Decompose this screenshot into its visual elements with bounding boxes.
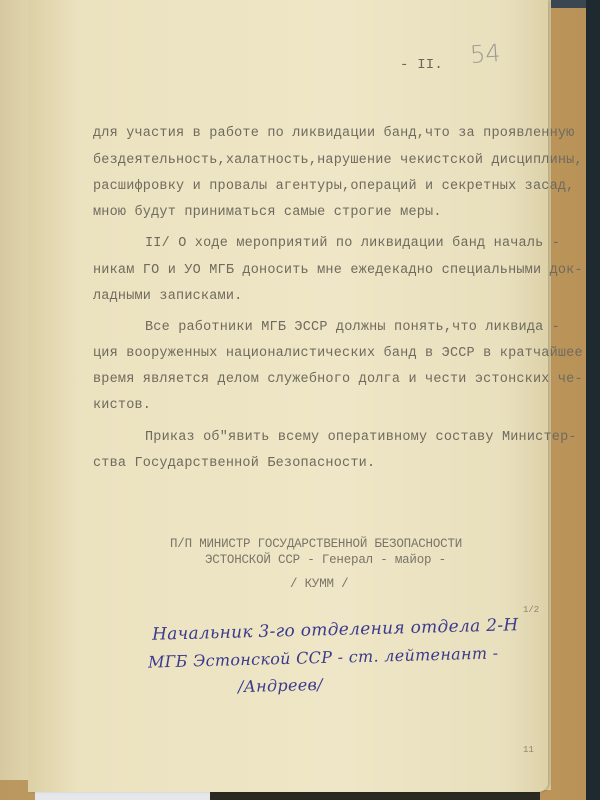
text-line: расшифровку и провалы агентуры,операций …: [93, 180, 574, 194]
text-line: мною будут приниматься самые строгие мер…: [93, 206, 442, 220]
background-edge: [586, 0, 600, 800]
handwritten-page-number: 54: [469, 39, 501, 69]
page-marker: - II.: [400, 58, 443, 72]
text-line: никам ГО и УО МГБ доносить мне ежедекадн…: [93, 264, 583, 278]
margin-mark: 11: [523, 745, 534, 755]
text-line: Все работники МГБ ЭССР должны понять,что…: [145, 321, 560, 335]
handwritten-signature: /Андреев/: [238, 675, 323, 696]
text-line: ция вооруженных националистических банд …: [93, 347, 583, 361]
text-line: бездеятельность,халатность,нарушение чек…: [93, 154, 583, 168]
previous-page-edge: [0, 0, 31, 780]
text-line: ства Государственной Безопасности.: [93, 457, 375, 471]
text-line: II/ О ходе мероприятий по ликвидации бан…: [145, 237, 560, 251]
document-page: [28, 0, 548, 792]
margin-mark: 1/2: [523, 605, 539, 615]
text-line: ладными записками.: [93, 290, 242, 304]
signature-rank: ЭСТОНСКОЙ ССР - Генерал - майор -: [205, 553, 446, 567]
text-line: кистов.: [93, 399, 151, 413]
text-line: Приказ об"явить всему оперативному соста…: [145, 431, 577, 445]
text-line: время является делом служебного долга и …: [93, 373, 583, 387]
signature-name: / КУММ /: [290, 577, 348, 591]
signature-title: П/П МИНИСТР ГОСУДАРСТВЕННОЙ БЕЗОПАСНОСТИ: [170, 537, 462, 551]
text-line: для участия в работе по ликвидации банд,…: [93, 127, 574, 141]
